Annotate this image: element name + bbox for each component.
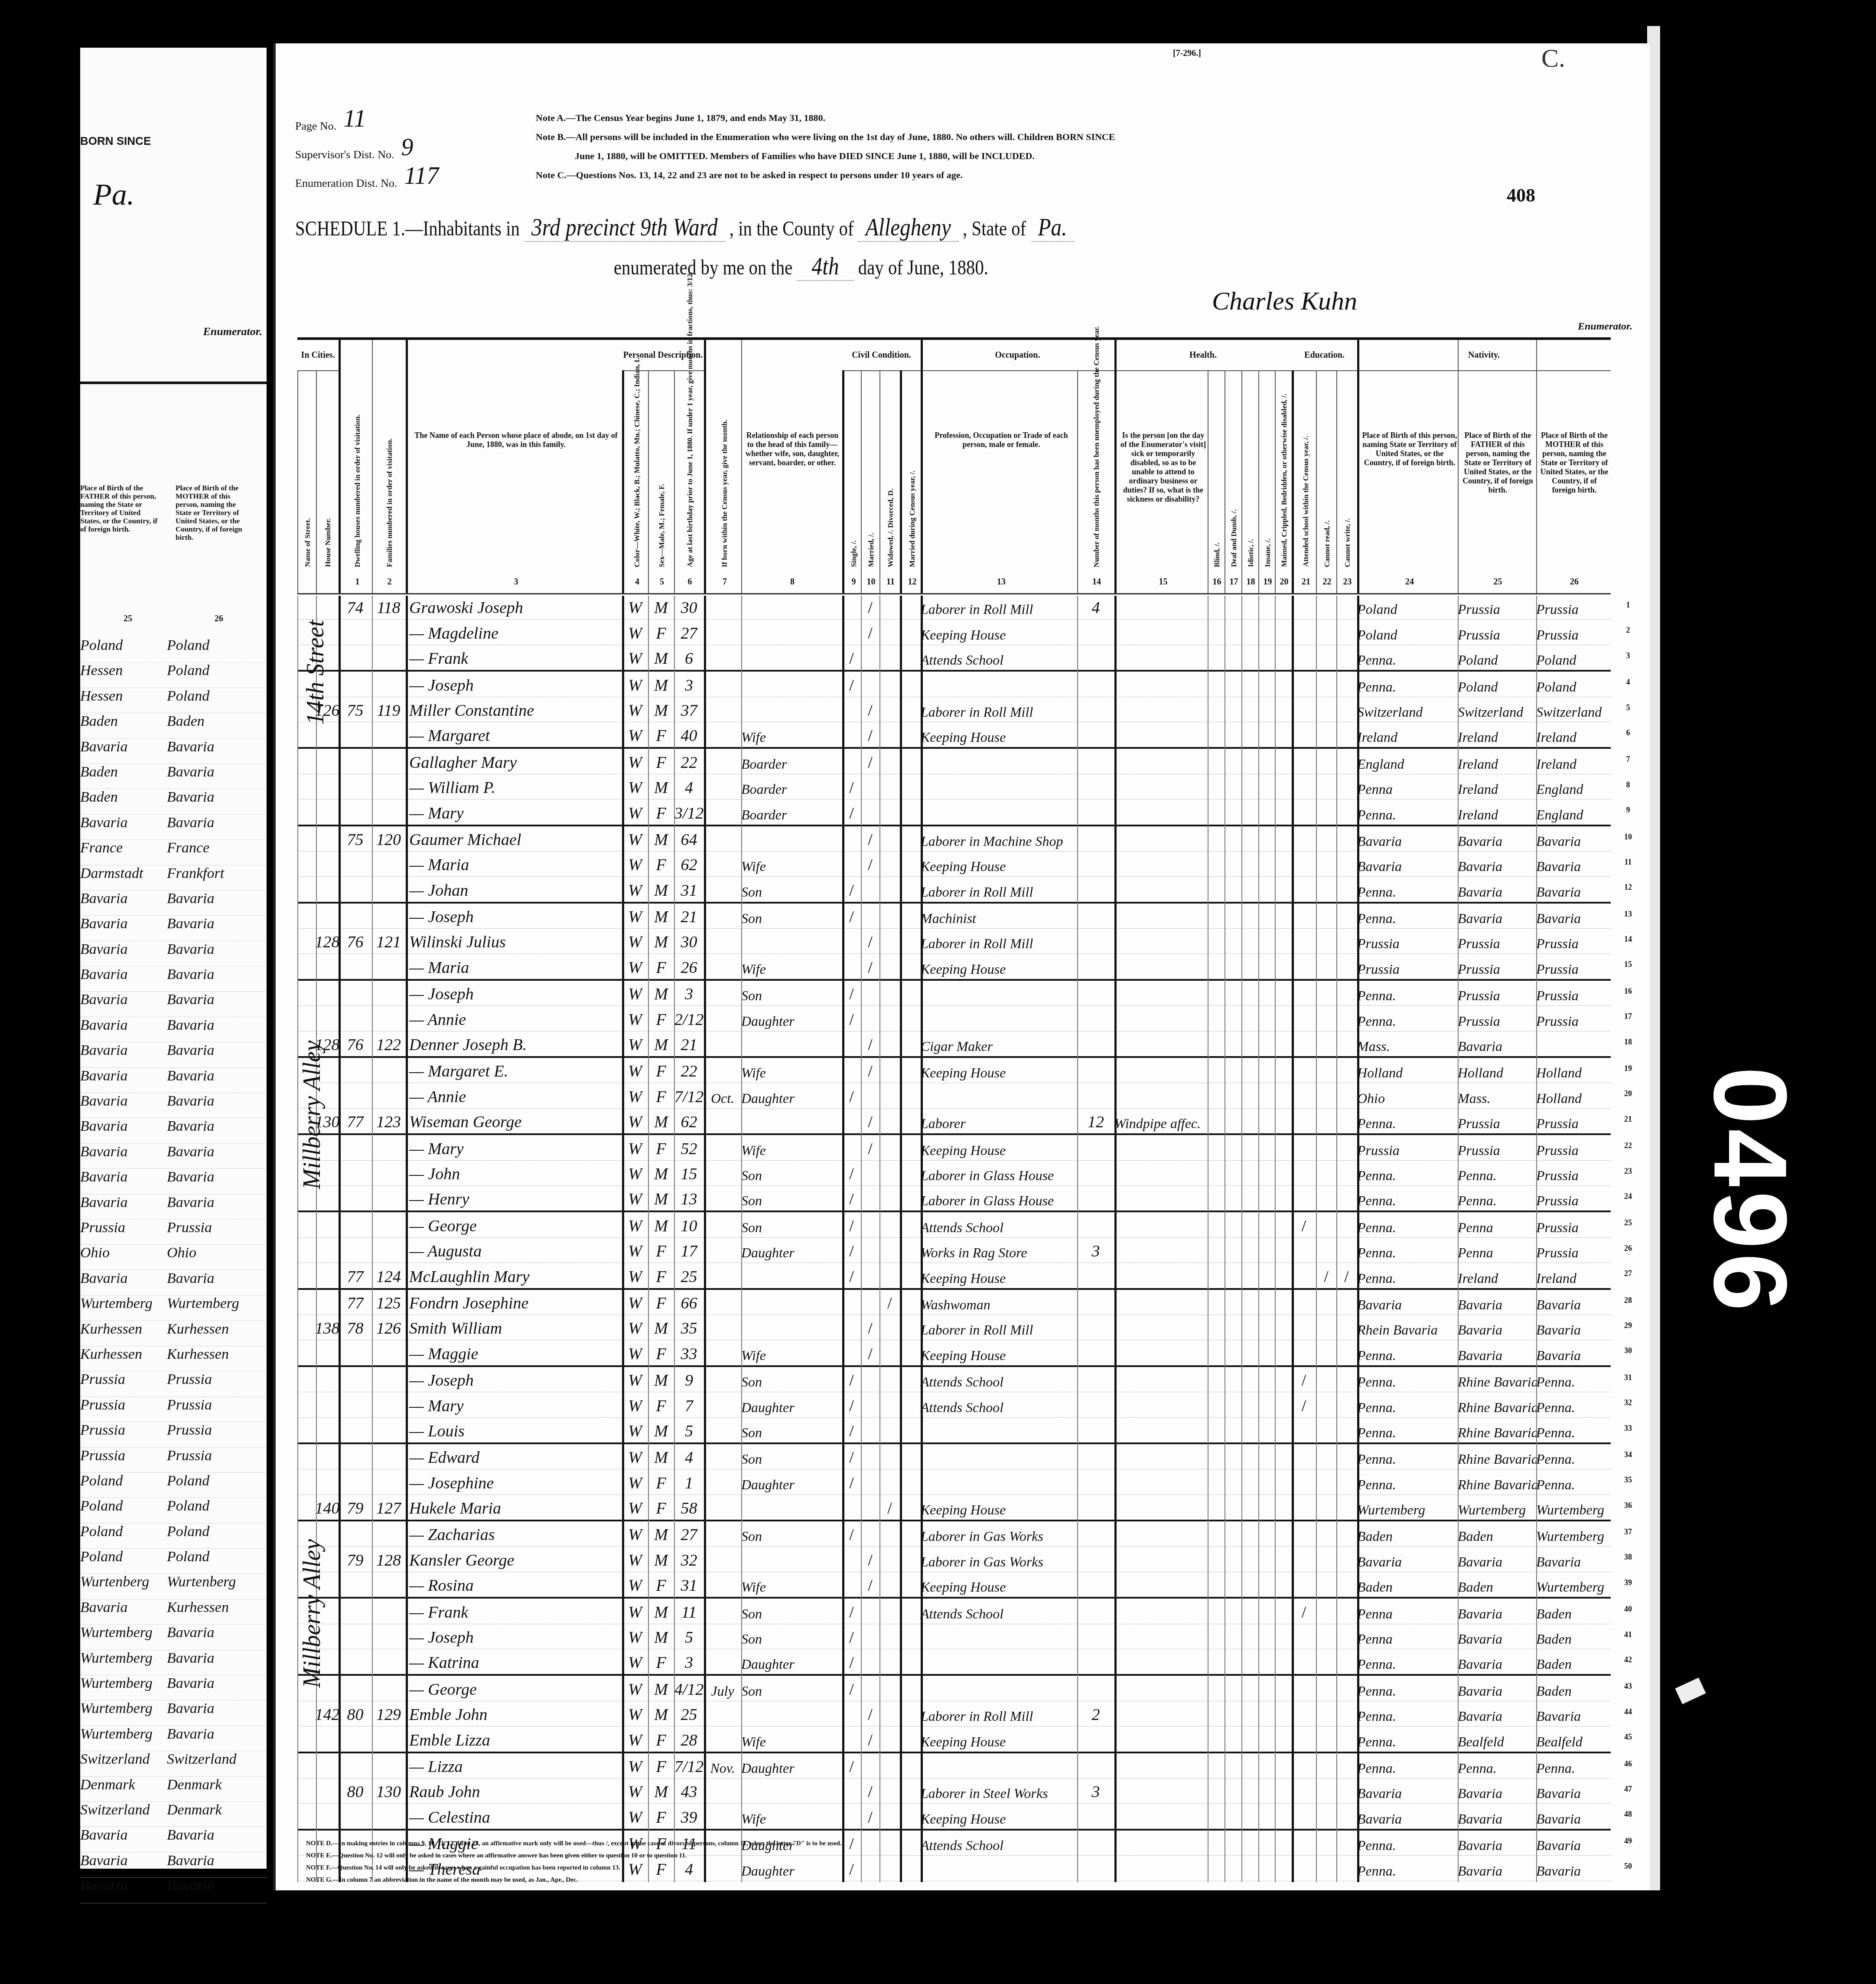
cell-family [372, 877, 405, 901]
cell-unemployed [1077, 981, 1114, 1005]
cell-occupation: Laborer in Glass House [921, 1161, 1078, 1185]
cell-dwelling: 75 [339, 697, 372, 722]
left-mother-birthplace: Bavaria [167, 1118, 254, 1143]
left-row: WurtenbergWurtenberg [80, 1574, 267, 1599]
cell-widowed [879, 1340, 900, 1365]
cell-cant-read [1316, 1186, 1336, 1211]
left-enumerator-label: Enumerator. [203, 325, 262, 338]
cell-age: 1 [674, 1469, 704, 1494]
cell-widowed [879, 1778, 900, 1803]
cell-married: / [861, 1340, 879, 1365]
left-father-birthplace: Bavaria [80, 1144, 167, 1168]
cell-sex: F [648, 1753, 674, 1778]
cell-father: Bavaria [1458, 904, 1536, 928]
cell-school [1292, 1624, 1316, 1649]
cell-mother [1536, 1031, 1611, 1056]
cell-dwelling [339, 1676, 372, 1700]
cell-married [861, 774, 879, 799]
cell-married [861, 904, 879, 928]
cell-month [704, 672, 741, 696]
cell-unemployed [1077, 1831, 1114, 1855]
cell-unemployed [1077, 877, 1114, 901]
page-no-value: 11 [343, 105, 366, 133]
left-mother-birthplace: Denmark [167, 1777, 254, 1801]
cell-married [861, 1521, 879, 1546]
cell-relation: Wife [741, 1340, 842, 1365]
cell-age: 10 [674, 1212, 704, 1237]
cell-father: Bavaria [1458, 1778, 1536, 1803]
table-row: — GeorgeWM10Son/Attends School/Penna.Pen… [297, 1212, 1611, 1237]
cell-sickness [1114, 1418, 1208, 1442]
cell-married: / [861, 852, 879, 876]
cell-widowed: / [879, 1495, 900, 1520]
cell-dwelling [339, 877, 372, 901]
cell-married [861, 1238, 879, 1263]
table-row: Gallagher MaryWF22Boarder/EnglandIreland… [297, 749, 1611, 774]
cell-cant-read [1316, 1031, 1336, 1056]
column-header-house: House Number. [316, 370, 339, 593]
cell-school [1292, 1083, 1316, 1108]
cell-cant-read [1316, 1778, 1336, 1803]
left-row: PrussiaPrussia [80, 1448, 267, 1473]
column-number: 26 [1537, 577, 1612, 587]
cell-house: 140 [316, 1495, 339, 1520]
left-father-birthplace: Bavaria [80, 815, 167, 839]
enumeration-dist-label: Enumeration Dist. No. [295, 177, 397, 190]
cell-unemployed [1077, 1418, 1114, 1442]
cell-sickness [1114, 852, 1208, 876]
cell-occupation: Attends School [921, 1831, 1078, 1855]
cell-name: Denner Joseph B. [406, 1031, 622, 1056]
cell-mother: Prussia [1536, 620, 1611, 644]
left-mother-birthplace: Ohio [167, 1245, 254, 1269]
line-number: 9 [1619, 806, 1637, 815]
left-row: BavariaBavaria [80, 1068, 267, 1093]
left-mother-birthplace: Kurhessen [167, 1346, 254, 1371]
cell-name: — Maria [406, 852, 622, 876]
cell-unemployed [1077, 1058, 1114, 1083]
cell-father: Bavaria [1458, 1804, 1536, 1828]
cell-occupation: Attends School [921, 645, 1078, 670]
cell-family: 118 [372, 594, 405, 619]
cell-widowed [879, 1804, 900, 1828]
cell-single: / [842, 1238, 861, 1263]
cell-name: — Henry [406, 1186, 622, 1211]
cell-widowed [879, 1367, 900, 1392]
cell-occupation: Keeping House [921, 1495, 1078, 1520]
left-father-birthplace: Prussia [80, 1397, 167, 1422]
cell-cant-read [1316, 1701, 1336, 1726]
column-number: 24 [1359, 577, 1460, 587]
column-header-single: Single, /.9 [842, 370, 863, 593]
column-label: Blind, /. [1213, 542, 1221, 567]
column-number: 22 [1317, 577, 1337, 587]
cell-school [1292, 1495, 1316, 1520]
cell-single [842, 954, 861, 979]
cell-month [704, 904, 741, 928]
left-mother-birthplace: Bavaria [167, 1650, 254, 1675]
left-row: BavariaBavaria [80, 1878, 267, 1903]
line-number: 11 [1619, 858, 1637, 867]
cell-family: 125 [372, 1290, 405, 1315]
cell-birth: Wurtemberg [1357, 1495, 1458, 1520]
cell-cant-write [1336, 1778, 1357, 1803]
left-row: WurtembergBavaria [80, 1625, 267, 1650]
left-row: WurtembergBavaria [80, 1726, 267, 1751]
cell-school [1292, 697, 1316, 722]
enumeration-dist-value: 117 [404, 162, 439, 190]
cell-single [842, 1572, 861, 1597]
cell-single: / [842, 1856, 861, 1880]
cell-name: Gallagher Mary [406, 749, 622, 773]
table-row: — MariaWF62Wife/Keeping HouseBavariaBava… [297, 852, 1611, 877]
cell-family: 121 [372, 929, 405, 953]
cell-single: / [842, 1263, 861, 1288]
cell-mother: Penna. [1536, 1367, 1611, 1392]
cell-house [316, 954, 339, 979]
table-row: 12675119Miller ConstantineWM37/Laborer i… [297, 697, 1611, 722]
cell-occupation [921, 1856, 1078, 1880]
cell-married [861, 1418, 879, 1442]
group-header-in-cities: In Cities. [297, 340, 339, 371]
cell-unemployed [1077, 1367, 1114, 1392]
column-header-cant-read: Cannot read, /.22 [1316, 370, 1337, 593]
cell-cant-write [1336, 1599, 1357, 1623]
cell-married [861, 1444, 879, 1469]
cell-color: W [622, 1572, 648, 1597]
cell-house [316, 1392, 339, 1417]
column-header-sickness: Is the person [on the day of the Enumera… [1114, 340, 1210, 593]
left-row: PolandPoland [80, 1524, 267, 1549]
cell-mother: Bealfeld [1536, 1726, 1611, 1751]
cell-sex: M [648, 1418, 674, 1442]
cell-dwelling [339, 1006, 372, 1031]
left-row: PrussiaPrussia [80, 1397, 267, 1422]
cell-dwelling: 75 [339, 826, 372, 851]
cell-married: / [861, 594, 879, 619]
cell-single [842, 722, 861, 747]
cell-married: / [861, 1315, 879, 1340]
cell-mother: Bavaria [1536, 904, 1611, 928]
cell-house [316, 981, 339, 1005]
left-row: BadenBavaria [80, 789, 267, 814]
line-number: 16 [1619, 987, 1637, 996]
left-father-birthplace: Prussia [80, 1448, 167, 1472]
cell-widowed [879, 1726, 900, 1751]
cell-father: Bavaria [1458, 1340, 1536, 1365]
cell-father: Rhine Bavaria [1458, 1367, 1536, 1392]
column-label: Cannot write, /. [1343, 518, 1352, 567]
left-father-birthplace: Prussia [80, 1220, 167, 1244]
cell-relation: Son [741, 1521, 842, 1546]
left-row: SwitzerlandSwitzerland [80, 1751, 267, 1776]
cell-father: Bavaria [1458, 1031, 1536, 1056]
line-number: 50 [1619, 1862, 1637, 1871]
column-number: 12 [902, 577, 922, 587]
cell-school [1292, 645, 1316, 670]
cell-month [704, 1726, 741, 1751]
column-label: Relationship of each person to the head … [745, 431, 840, 467]
cell-married [861, 1831, 879, 1855]
left-father-birthplace: Bavaria [80, 891, 167, 915]
cell-dwelling: 77 [339, 1263, 372, 1288]
cell-unemployed [1077, 1315, 1114, 1340]
cell-month [704, 1290, 741, 1315]
cell-sex: F [648, 1392, 674, 1417]
cell-birth: Bavaria [1357, 1547, 1458, 1571]
cell-school [1292, 1831, 1316, 1855]
cell-birth: Penna. [1357, 1006, 1458, 1031]
column-number: 21 [1294, 577, 1318, 587]
cell-father: Penna [1458, 1238, 1536, 1263]
cell-sickness [1114, 904, 1208, 928]
cell-family [372, 749, 405, 773]
note-f: NOTE F.—Question No. 14 will only be ask… [306, 1862, 842, 1874]
line-number: 14 [1619, 935, 1637, 944]
cell-married: / [861, 722, 879, 747]
cell-color: W [622, 1186, 648, 1211]
cell-age: 26 [674, 954, 704, 979]
cell-dwelling [339, 1444, 372, 1469]
cell-family: 126 [372, 1315, 405, 1340]
cell-name: Miller Constantine [406, 697, 622, 722]
cell-name: — Edward [406, 1444, 622, 1469]
cell-age: 27 [674, 620, 704, 644]
cell-sex: M [648, 1367, 674, 1392]
cell-birth: Penna. [1357, 672, 1458, 696]
enumerator-signature: Charles Kuhn [1212, 286, 1357, 316]
cell-birth: Poland [1357, 594, 1458, 619]
cell-sex: M [648, 1186, 674, 1211]
cell-birth: Ohio [1357, 1083, 1458, 1108]
column-label: The Name of each Person whose place of a… [410, 431, 622, 449]
cell-sickness [1114, 1135, 1208, 1160]
cell-month [704, 1701, 741, 1726]
left-father-birthplace: Bavaria [80, 1194, 167, 1219]
cell-cant-read [1316, 1161, 1336, 1185]
cell-family: 127 [372, 1495, 405, 1520]
cell-relation [741, 929, 842, 953]
left-row: BadenBaden [80, 713, 267, 738]
cell-name: Fondrn Josephine [406, 1290, 622, 1315]
cell-school [1292, 981, 1316, 1005]
cell-family [372, 1083, 405, 1108]
table-row: 13878126Smith WilliamWM35/Laborer in Rol… [297, 1315, 1611, 1340]
left-row: PolandPoland [80, 1549, 267, 1574]
cell-dwelling [339, 1238, 372, 1263]
cell-cant-read [1316, 954, 1336, 979]
cell-married [861, 1624, 879, 1649]
cell-age: 2/12 [674, 1006, 704, 1031]
column-header-blind: Blind, /.16 [1208, 370, 1225, 593]
cell-house [316, 594, 339, 619]
cell-cant-write [1336, 1186, 1357, 1211]
left-row: BavariaBavaria [80, 1853, 267, 1878]
cell-month [704, 1521, 741, 1546]
cell-cant-write [1336, 981, 1357, 1005]
left-row: WurtembergBavaria [80, 1700, 267, 1726]
cell-married: / [861, 1109, 879, 1133]
cell-widowed [879, 645, 900, 670]
cell-color: W [622, 645, 648, 670]
cell-school [1292, 620, 1316, 644]
left-mother-birthplace: Poland [167, 1473, 254, 1498]
column-label: House Number. [324, 518, 332, 567]
cell-school [1292, 1726, 1316, 1751]
cell-name: — Maria [406, 954, 622, 979]
left-mother-birthplace: Bavaria [167, 1194, 254, 1219]
line-number: 20 [1619, 1089, 1637, 1098]
cell-relation: Wife [741, 1058, 842, 1083]
cell-single: / [842, 774, 861, 799]
cell-color: W [622, 1238, 648, 1263]
left-father-birthplace: Bavaria [80, 1042, 167, 1067]
cell-married [861, 1649, 879, 1674]
line-number: 34 [1619, 1450, 1637, 1459]
left-father-birthplace: Poland [80, 1549, 167, 1573]
cell-sex: M [648, 877, 674, 901]
line-number: 33 [1619, 1424, 1637, 1433]
cell-sex: M [648, 1315, 674, 1340]
cell-single: / [842, 1469, 861, 1494]
cell-cant-read [1316, 697, 1336, 722]
cell-widowed [879, 620, 900, 644]
left-father-birthplace: Baden [80, 789, 167, 814]
cell-widowed [879, 697, 900, 722]
cell-widowed [879, 1599, 900, 1623]
cell-cant-read [1316, 774, 1336, 799]
cell-cant-read [1316, 1212, 1336, 1237]
cell-family [372, 774, 405, 799]
cell-dwelling [339, 1599, 372, 1623]
cell-occupation [921, 981, 1078, 1005]
cell-married [861, 1753, 879, 1778]
cell-cant-read [1316, 826, 1336, 851]
cell-name: — Celestina [406, 1804, 622, 1828]
cell-occupation [921, 1444, 1078, 1469]
left-row: BavariaBavaria [80, 1270, 267, 1295]
left-row: BavariaBavaria [80, 966, 267, 992]
cell-color: W [622, 826, 648, 851]
cell-cant-read [1316, 1649, 1336, 1674]
county-label: , in the County of [730, 217, 854, 240]
line-number: 27 [1619, 1269, 1637, 1278]
column-number: 15 [1117, 577, 1210, 587]
cell-cant-read [1316, 799, 1336, 824]
cell-relation [741, 1315, 842, 1340]
left-mother-birthplace: Bavaria [167, 966, 254, 991]
cell-month: Nov. [704, 1753, 741, 1778]
cell-age: 28 [674, 1726, 704, 1751]
cell-single [842, 620, 861, 644]
cell-school [1292, 1469, 1316, 1494]
cell-married: / [861, 826, 879, 851]
cell-month [704, 1418, 741, 1442]
cell-cant-read [1316, 1418, 1336, 1442]
table-row: 79128Kansler GeorgeWM32/Laborer in Gas W… [297, 1547, 1611, 1572]
cell-widowed [879, 877, 900, 901]
left-mother-birthplace: Bavaria [167, 1017, 254, 1042]
cell-married [861, 645, 879, 670]
cell-mother: Bavaria [1536, 1290, 1611, 1315]
left-mother-birthplace: Bavaria [167, 1726, 254, 1751]
cell-occupation: Attends School [921, 1367, 1078, 1392]
column-header-unemployed: Number of months this person has been un… [1077, 370, 1115, 593]
group-header-education: Education. [1292, 340, 1357, 371]
cell-relation [741, 1031, 842, 1056]
cell-family [372, 904, 405, 928]
cell-relation: Son [741, 877, 842, 901]
cell-house [316, 1290, 339, 1315]
cell-widowed [879, 1186, 900, 1211]
cell-sickness [1114, 981, 1208, 1005]
cell-single [842, 1547, 861, 1571]
cell-cant-read [1316, 929, 1336, 953]
cell-sickness [1114, 1161, 1208, 1185]
cell-name: — Katrina [406, 1649, 622, 1674]
cell-color: W [622, 877, 648, 901]
cell-cant-read [1316, 645, 1336, 670]
column-label: Married during Census year, /. [908, 470, 917, 567]
cell-dwelling: 79 [339, 1547, 372, 1571]
cell-married [861, 1006, 879, 1031]
line-number: 23 [1619, 1167, 1637, 1176]
cell-occupation: Laborer in Glass House [921, 1186, 1078, 1211]
cell-occupation: Keeping House [921, 620, 1078, 644]
cell-color: W [622, 1495, 648, 1520]
cell-family [372, 981, 405, 1005]
cell-relation: Boarder [741, 749, 842, 773]
cell-dwelling [339, 620, 372, 644]
cell-single: / [842, 1599, 861, 1623]
left-rows: PolandPolandHessenPolandHessenPolandBade… [80, 637, 267, 1903]
cell-widowed: / [879, 1290, 900, 1315]
cell-single: / [842, 1444, 861, 1469]
cell-sex: F [648, 1804, 674, 1828]
cell-single: / [842, 981, 861, 1005]
cell-single: / [842, 1212, 861, 1237]
column-header-color: Color—White, W.; Black, B.; Mulatto, Mu.… [622, 370, 650, 593]
cell-cant-write: / [1336, 1263, 1357, 1288]
cell-cant-read [1316, 1469, 1336, 1494]
cell-name: — Frank [406, 1599, 622, 1623]
cell-dwelling: 78 [339, 1315, 372, 1340]
cell-father: Bavaria [1458, 1676, 1536, 1700]
cell-age: 30 [674, 594, 704, 619]
column-header-deaf: Deaf and Dumb, /.17 [1225, 370, 1242, 593]
column-label: Name of Street. [303, 518, 312, 567]
cell-house [316, 877, 339, 901]
left-row: WurtembergBavaria [80, 1650, 267, 1675]
table-row: — GeorgeWM4/12JulySon/Penna.BavariaBaden… [297, 1676, 1611, 1701]
cell-month [704, 722, 741, 747]
cell-family: 123 [372, 1109, 405, 1133]
cell-married: / [861, 1547, 879, 1571]
cell-cant-write [1336, 1006, 1357, 1031]
table-row: — JosephWM21Son/MachinistPenna.BavariaBa… [297, 904, 1611, 929]
cell-married [861, 877, 879, 901]
cell-married [861, 672, 879, 696]
cell-sex: M [648, 1676, 674, 1700]
cell-family [372, 1058, 405, 1083]
cell-father: Ireland [1458, 799, 1536, 824]
cell-birth: Penna. [1357, 1831, 1458, 1855]
cell-school [1292, 1340, 1316, 1365]
column-label: Widowed, /. Divorced, D. [886, 489, 895, 567]
cell-mother: Holland [1536, 1083, 1611, 1108]
cell-name: — Zacharias [406, 1521, 622, 1546]
state-label: , State of [963, 217, 1026, 240]
